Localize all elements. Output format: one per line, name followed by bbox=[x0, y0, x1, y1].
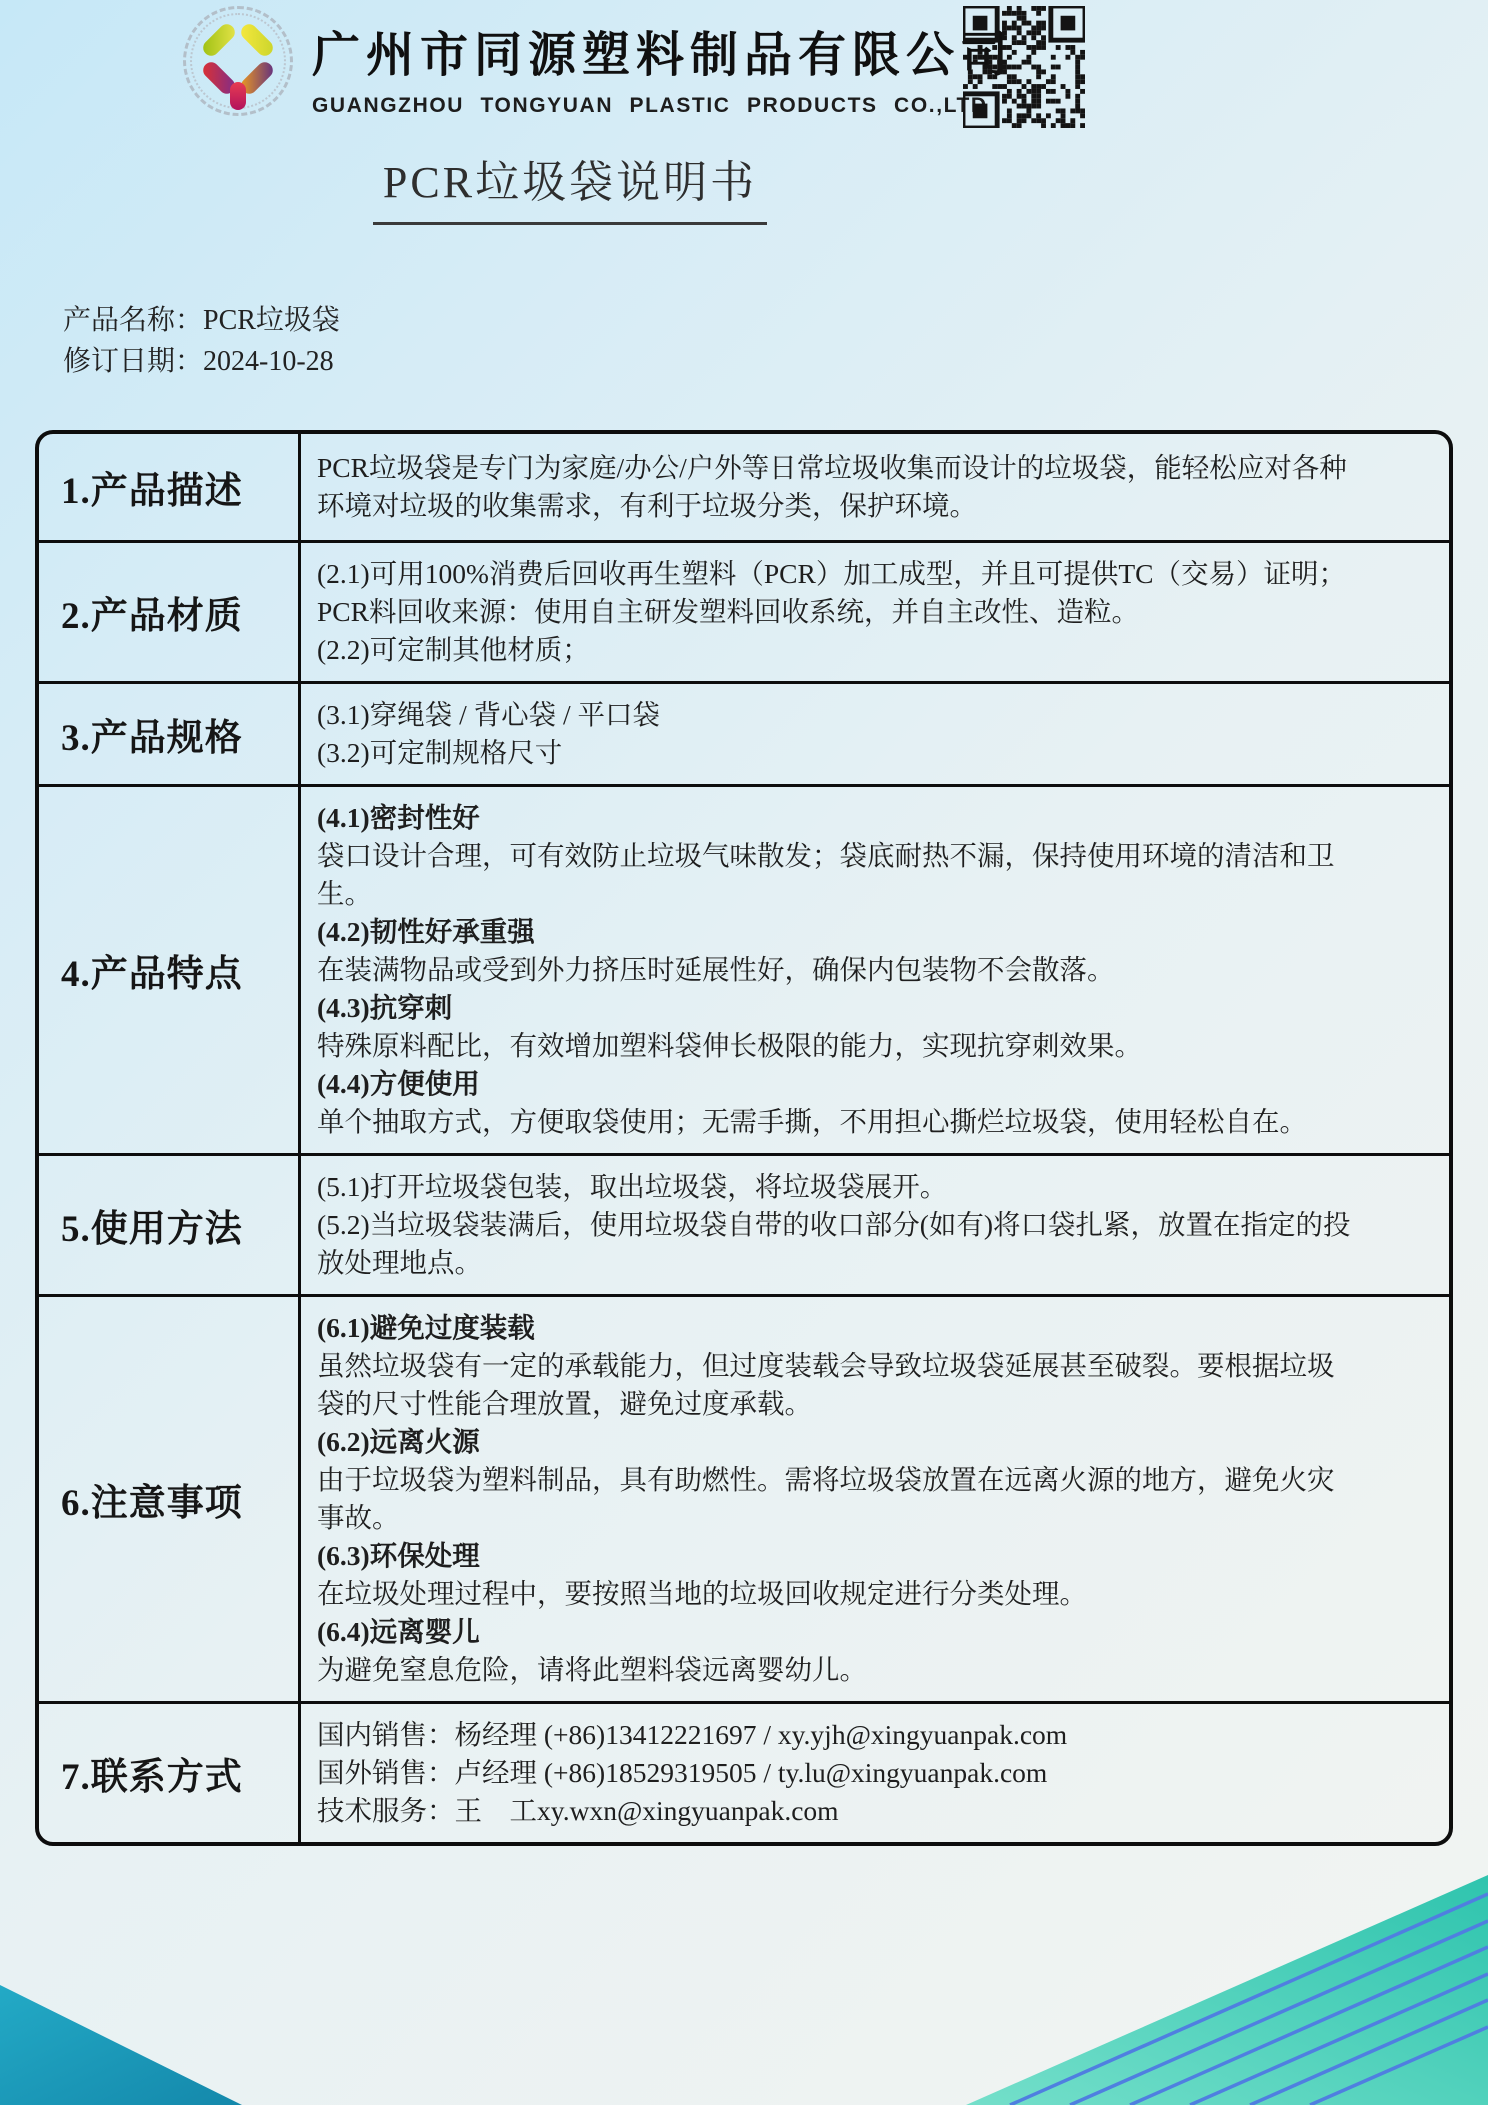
row-content: (6.1)避免过度装载虽然垃圾袋有一定的承载能力，但过度装载会导致垃圾袋延展甚至… bbox=[301, 1297, 1449, 1701]
company-logo bbox=[183, 6, 293, 116]
row-label: 1.产品描述 bbox=[39, 434, 301, 540]
info-table: 1.产品描述PCR垃圾袋是专门为家庭/办公/户外等日常垃圾收集而设计的垃圾袋，能… bbox=[35, 430, 1453, 1846]
content-line: (4.1)密封性好 bbox=[317, 799, 1361, 837]
content-line: (6.4)远离婴儿 bbox=[317, 1613, 1361, 1651]
row-content: (4.1)密封性好袋口设计合理，可有效防止垃圾气味散发；袋底耐热不漏，保持使用环… bbox=[301, 787, 1449, 1153]
table-row: 6.注意事项(6.1)避免过度装载虽然垃圾袋有一定的承载能力，但过度装载会导致垃… bbox=[39, 1294, 1449, 1701]
row-label: 5.使用方法 bbox=[39, 1156, 301, 1294]
content-line: (5.1)打开垃圾袋包装，取出垃圾袋，将垃圾袋展开。 bbox=[317, 1168, 1361, 1206]
title-wrap: PCR垃圾袋说明书 bbox=[0, 146, 1140, 225]
teal-wedge bbox=[0, 1985, 242, 2105]
row-label: 3.产品规格 bbox=[39, 684, 301, 784]
content-line: (4.4)方便使用 bbox=[317, 1065, 1361, 1103]
row-content: (2.1)可用100%消费后回收再生塑料（PCR）加工成型，并且可提供TC（交易… bbox=[301, 543, 1449, 681]
company-name-en: GUANGZHOU TONGYUAN PLASTIC PRODUCTS CO.,… bbox=[312, 94, 1014, 118]
table-row: 2.产品材质(2.1)可用100%消费后回收再生塑料（PCR）加工成型，并且可提… bbox=[39, 540, 1449, 681]
table-row: 5.使用方法(5.1)打开垃圾袋包装，取出垃圾袋，将垃圾袋展开。(5.2)当垃圾… bbox=[39, 1153, 1449, 1294]
content-line: (5.2)当垃圾袋装满后，使用垃圾袋自带的收口部分(如有)将口袋扎紧，放置在指定… bbox=[317, 1206, 1361, 1282]
content-line: (4.2)韧性好承重强 bbox=[317, 913, 1361, 951]
row-content: (5.1)打开垃圾袋包装，取出垃圾袋，将垃圾袋展开。(5.2)当垃圾袋装满后，使… bbox=[301, 1156, 1449, 1294]
content-line: 在装满物品或受到外力挤压时延展性好，确保内包装物不会散落。 bbox=[317, 951, 1361, 989]
content-line: 为避免窒息危险，请将此塑料袋远离婴幼儿。 bbox=[317, 1651, 1361, 1689]
table-row: 1.产品描述PCR垃圾袋是专门为家庭/办公/户外等日常垃圾收集而设计的垃圾袋，能… bbox=[39, 434, 1449, 540]
product-meta: 产品名称：PCR垃圾袋 修订日期：2024-10-28 bbox=[63, 300, 340, 382]
product-name-line: 产品名称：PCR垃圾袋 bbox=[63, 300, 340, 341]
content-line: 虽然垃圾袋有一定的承载能力，但过度装载会导致垃圾袋延展甚至破裂。要根据垃圾袋的尺… bbox=[317, 1347, 1361, 1423]
instruction-sheet-page: 广州市同源塑料制品有限公司 GUANGZHOU TONGYUAN PLASTIC… bbox=[0, 0, 1488, 2105]
row-content: PCR垃圾袋是专门为家庭/办公/户外等日常垃圾收集而设计的垃圾袋，能轻松应对各种… bbox=[301, 434, 1449, 540]
logo-pill-bottom-center-icon bbox=[230, 82, 246, 110]
row-content: (3.1)穿绳袋 / 背心袋 / 平口袋(3.2)可定制规格尺寸 bbox=[301, 684, 1449, 784]
content-line: (2.1)可用100%消费后回收再生塑料（PCR）加工成型，并且可提供TC（交易… bbox=[317, 555, 1361, 593]
page-title: PCR垃圾袋说明书 bbox=[373, 146, 767, 225]
content-line: (6.3)环保处理 bbox=[317, 1537, 1361, 1575]
content-line: 由于垃圾袋为塑料制品，具有助燃性。需将垃圾袋放置在远离火源的地方，避免火灾事故。 bbox=[317, 1461, 1361, 1537]
content-line: 特殊原料配比，有效增加塑料袋伸长极限的能力，实现抗穿刺效果。 bbox=[317, 1027, 1361, 1065]
content-line: (2.2)可定制其他材质； bbox=[317, 631, 1361, 669]
content-line: (3.2)可定制规格尺寸 bbox=[317, 734, 1361, 772]
content-line: PCR垃圾袋是专门为家庭/办公/户外等日常垃圾收集而设计的垃圾袋，能轻松应对各种… bbox=[317, 449, 1361, 525]
content-line: PCR料回收来源：使用自主研发塑料回收系统，并自主改性、造粒。 bbox=[317, 593, 1361, 631]
content-line: (3.1)穿绳袋 / 背心袋 / 平口袋 bbox=[317, 696, 1361, 734]
row-label: 6.注意事项 bbox=[39, 1297, 301, 1701]
bottom-decoration bbox=[0, 1775, 1488, 2105]
content-line: 袋口设计合理，可有效防止垃圾气味散发；袋底耐热不漏，保持使用环境的清洁和卫生。 bbox=[317, 837, 1361, 913]
row-label: 4.产品特点 bbox=[39, 787, 301, 1153]
content-line: 单个抽取方式，方便取袋使用；无需手撕，不用担心撕烂垃圾袋，使用轻松自在。 bbox=[317, 1103, 1361, 1141]
content-line: (6.1)避免过度装载 bbox=[317, 1309, 1361, 1347]
content-line: 在垃圾处理过程中，要按照当地的垃圾回收规定进行分类处理。 bbox=[317, 1575, 1361, 1613]
table-row: 4.产品特点(4.1)密封性好袋口设计合理，可有效防止垃圾气味散发；袋底耐热不漏… bbox=[39, 784, 1449, 1153]
table-row: 3.产品规格(3.1)穿绳袋 / 背心袋 / 平口袋(3.2)可定制规格尺寸 bbox=[39, 681, 1449, 784]
mint-triangle bbox=[966, 1875, 1488, 2105]
content-line: 国内销售：杨经理 (+86)13412221697 / xy.yjh@xingy… bbox=[317, 1716, 1361, 1754]
revision-date-line: 修订日期：2024-10-28 bbox=[63, 341, 340, 382]
content-line: (4.3)抗穿刺 bbox=[317, 989, 1361, 1027]
company-name-cn: 广州市同源塑料制品有限公司 bbox=[312, 16, 1014, 85]
row-label: 2.产品材质 bbox=[39, 543, 301, 681]
company-name-block: 广州市同源塑料制品有限公司 GUANGZHOU TONGYUAN PLASTIC… bbox=[312, 16, 1014, 118]
qr-code-icon bbox=[963, 6, 1085, 128]
content-line: (6.2)远离火源 bbox=[317, 1423, 1361, 1461]
